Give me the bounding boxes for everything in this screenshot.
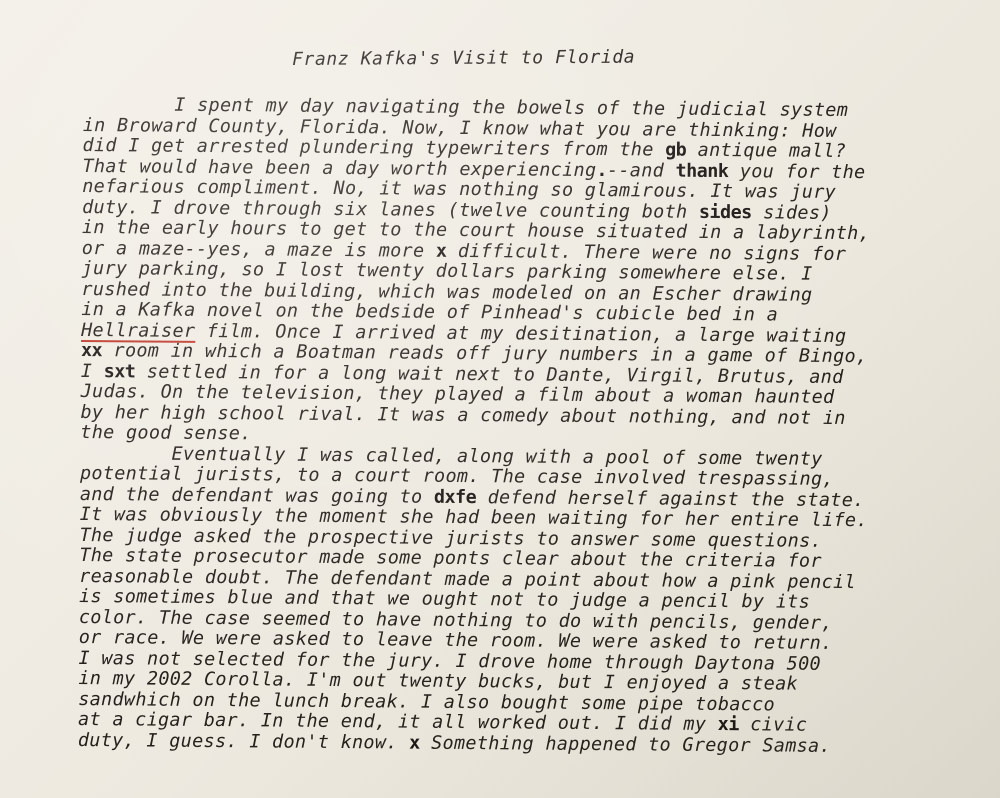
line-text: civic bbox=[739, 714, 808, 736]
typed-over-text: dxfe bbox=[434, 486, 476, 507]
underlined-title: Hellraiser bbox=[81, 319, 195, 341]
typed-over-text: xi bbox=[718, 714, 739, 735]
line-text: the good sense. bbox=[80, 422, 252, 444]
document-body: I spent my day navigating the bowels of … bbox=[78, 95, 963, 758]
line-text: you for the bbox=[728, 161, 865, 183]
text-line: duty, I guess. I don't know. x Something… bbox=[78, 730, 958, 757]
typed-over-text: x bbox=[436, 240, 447, 261]
document-title: Franz Kafka's Visit to Florida bbox=[292, 47, 635, 70]
line-text: --and bbox=[607, 160, 676, 182]
typed-over-text: xx bbox=[81, 340, 102, 361]
line-text: Something happened to Gregor Samsa. bbox=[420, 732, 831, 756]
typed-over-text: x bbox=[409, 732, 420, 753]
line-text: I bbox=[81, 360, 104, 381]
typewritten-page: Franz Kafka's Visit to Florida I spent m… bbox=[0, 0, 1000, 798]
line-text: antique mall? bbox=[686, 140, 846, 162]
typed-over-text: sxt bbox=[104, 361, 136, 382]
typed-over-text: sides bbox=[699, 201, 752, 222]
line-text: sides) bbox=[752, 202, 832, 224]
typed-over-text: . bbox=[596, 160, 607, 181]
line-text: duty, I guess. I don't know. bbox=[78, 729, 409, 753]
typed-over-text: thank bbox=[675, 160, 728, 181]
typed-over-text: gb bbox=[665, 140, 686, 161]
